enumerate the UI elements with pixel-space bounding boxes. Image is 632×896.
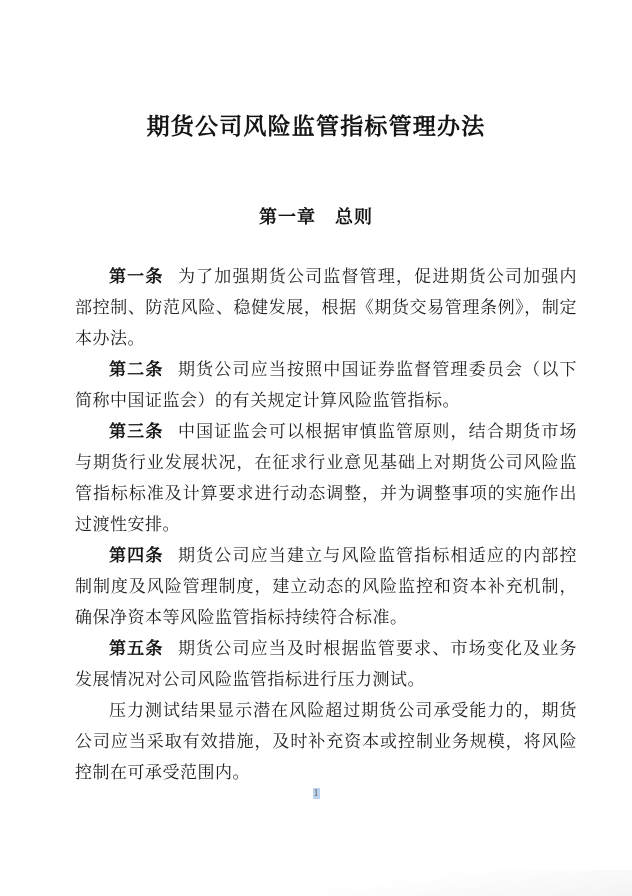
document-page: 期货公司风险监管指标管理办法 第一章 总则 第一条为了加强期货公司监督管理，促进… <box>0 0 632 896</box>
article-number: 第一条 <box>109 267 164 286</box>
article-paragraph: 压力测试结果显示潜在风险超过期货公司承受能力的，期货公司应当采取有效措施，及时补… <box>75 695 577 788</box>
article-number: 第三条 <box>109 422 164 441</box>
article-number: 第四条 <box>109 546 164 565</box>
article-paragraph: 第一条为了加强期货公司监督管理，促进期货公司加强内部控制、防范风险、稳健发展，根… <box>75 261 577 354</box>
article-paragraph: 第三条中国证监会可以根据审慎监管原则，结合期货市场与期货行业发展状况，在征求行业… <box>75 416 577 540</box>
article-number: 第五条 <box>109 639 164 658</box>
page-edge-shadow <box>0 870 632 896</box>
document-title: 期货公司风险监管指标管理办法 <box>0 108 632 141</box>
page-number: 1 <box>0 787 632 800</box>
article-paragraph: 第二条期货公司应当按照中国证券监督管理委员会（以下简称中国证监会）的有关规定计算… <box>75 354 577 416</box>
article-text: 压力测试结果显示潜在风险超过期货公司承受能力的，期货公司应当采取有效措施，及时补… <box>75 701 577 782</box>
document-body: 第一条为了加强期货公司监督管理，促进期货公司加强内部控制、防范风险、稳健发展，根… <box>75 261 577 788</box>
chapter-heading: 第一章 总则 <box>0 203 632 229</box>
article-paragraph: 第四条期货公司应当建立与风险监管指标相适应的内部控制制度及风险管理制度，建立动态… <box>75 540 577 633</box>
article-number: 第二条 <box>109 360 164 379</box>
article-paragraph: 第五条期货公司应当及时根据监管要求、市场变化及业务发展情况对公司风险监管指标进行… <box>75 633 577 695</box>
page-number-value: 1 <box>313 788 320 799</box>
